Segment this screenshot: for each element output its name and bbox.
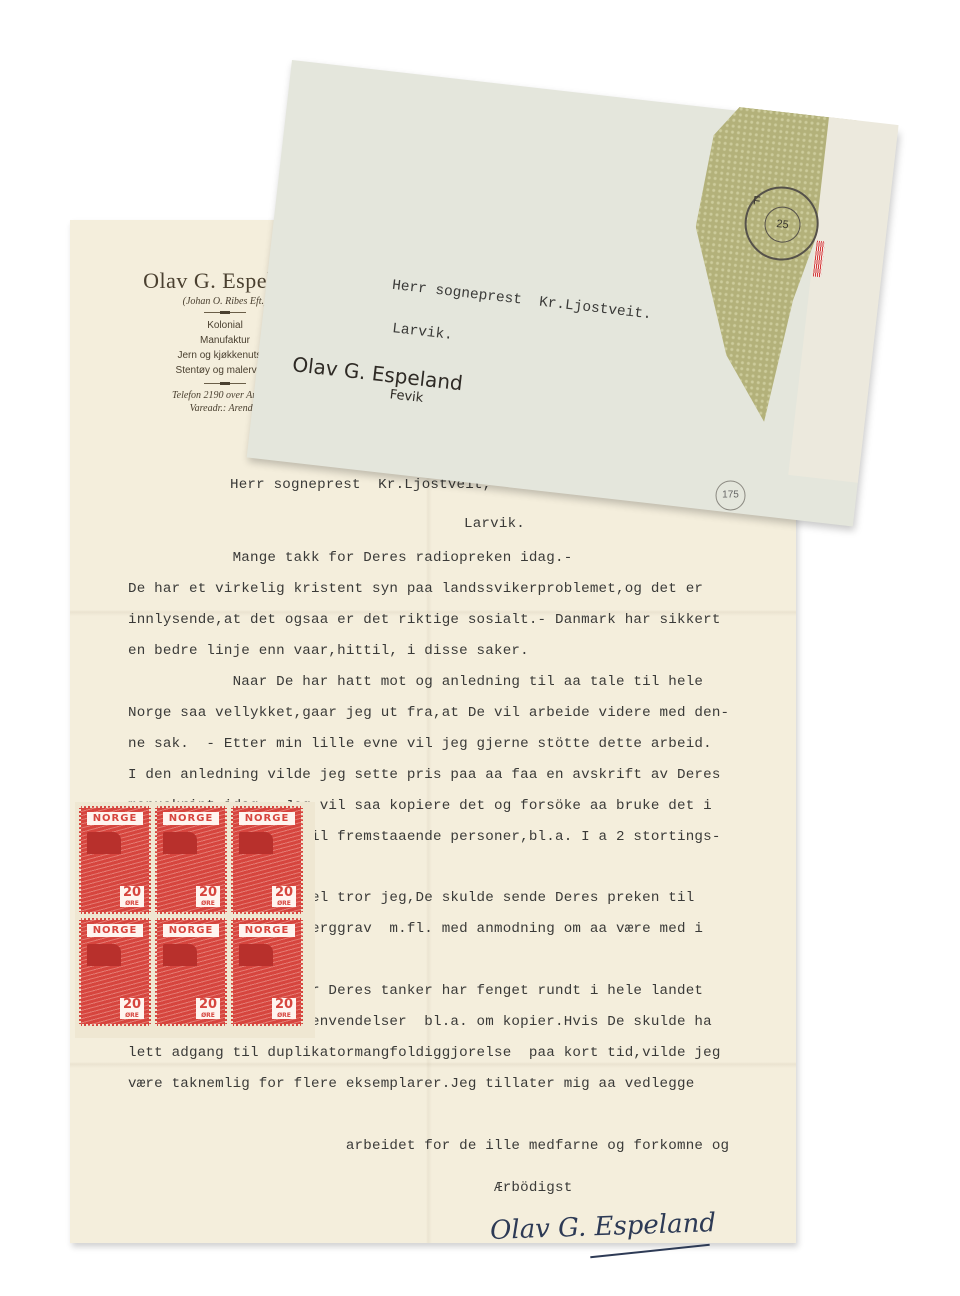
ornament-divider [204, 312, 246, 313]
letter-place: Larvik. [464, 516, 525, 532]
sender-name: Olav G. Espeland [291, 352, 464, 395]
postage-stamp: NORGE 20ØRE [231, 806, 303, 914]
letter-line: lett adgang til duplikatormangfoldiggjor… [128, 1045, 721, 1061]
postage-stamp: NORGE 20ØRE [155, 806, 227, 914]
letter-line: ne sak. - Etter min lille evne vil jeg g… [128, 736, 712, 752]
postage-stamp: NORGE 20ØRE [79, 918, 151, 1026]
letter-line: Norge saa vellykket,gaar jeg ut fra,at D… [128, 705, 729, 721]
farmhouse-icon [163, 944, 197, 966]
envelope-recipient: Herr sogneprest Kr.Ljostveit. [391, 278, 652, 323]
letter-line: De har et virkelig kristent syn paa land… [128, 581, 703, 597]
envelope-place: Larvik. [391, 321, 453, 344]
stamp-sheet: NORGE 20ØRE NORGE 20ØRE NORGE 20ØRE NORG… [75, 802, 315, 1038]
farmhouse-icon [239, 832, 273, 854]
envelope-sender: Olav G. Espeland Fevik [290, 352, 465, 410]
letter-closing: Ærbödigst [494, 1180, 572, 1196]
letter-line: være taknemlig for flere eksemplarer.Jeg… [128, 1076, 694, 1092]
letter-line: Naar De har hatt mot og anledning til aa… [128, 674, 703, 690]
letter-line: en bedre linje enn vaar,hittil, i disse … [128, 643, 529, 659]
letter-line: innlysende,at det ogsaa er det riktige s… [128, 612, 721, 628]
signature-flourish [590, 1244, 710, 1259]
farmhouse-icon [87, 944, 121, 966]
farmhouse-icon [239, 944, 273, 966]
postage-stamp: NORGE 20ØRE [79, 806, 151, 914]
letter-line: arbeidet for de ille medfarne og forkomn… [128, 1138, 729, 1154]
envelope: F 25 Herr sogneprest Kr.Ljostveit. Larvi… [247, 60, 898, 526]
farmhouse-icon [163, 832, 197, 854]
farmhouse-icon [87, 832, 121, 854]
postage-stamp: NORGE 20ØRE [231, 918, 303, 1026]
archive-number: 175 [716, 480, 746, 510]
postmark-date: 25 [763, 205, 803, 245]
postage-stamp: NORGE 20ØRE [155, 918, 227, 1026]
letter-line: I den anledning vilde jeg sette pris paa… [128, 767, 721, 783]
handwritten-signature: Olav G. Espeland [490, 1208, 717, 1246]
ornament-divider [204, 383, 246, 384]
letter-line: Mange takk for Deres radiopreken idag.- [128, 550, 572, 566]
